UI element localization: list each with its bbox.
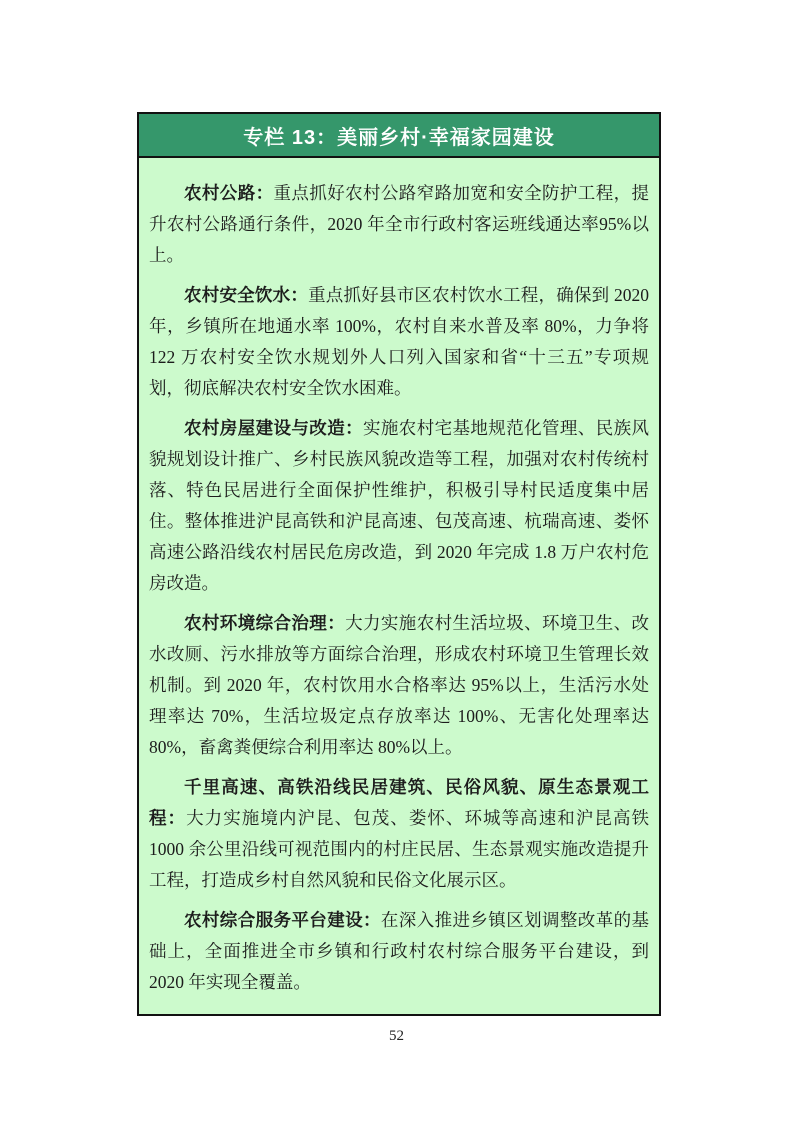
paragraph-environment-management: 农村环境综合治理：大力实施农村生活垃圾、环境卫生、改水改厕、污水排放等方面综合治… — [149, 608, 649, 763]
column-box-13: 专栏 13：美丽乡村·幸福家园建设 农村公路：重点抓好农村公路窄路加宽和安全防护… — [137, 112, 661, 1016]
paragraph-lead: 农村房屋建设与改造： — [184, 418, 363, 438]
paragraph-lead: 农村环境综合治理： — [184, 613, 345, 633]
paragraph-lead: 农村安全饮水： — [184, 285, 308, 305]
paragraph-rural-roads: 农村公路：重点抓好农村公路窄路加宽和安全防护工程，提升农村公路通行条件，2020… — [149, 178, 649, 271]
paragraph-lead: 农村公路： — [184, 183, 274, 203]
document-page: 专栏 13：美丽乡村·幸福家园建设 农村公路：重点抓好农村公路窄路加宽和安全防护… — [0, 0, 793, 1122]
paragraph-service-platform: 农村综合服务平台建设：在深入推进乡镇区划调整改革的基础上，全面推进全市乡镇和行政… — [149, 905, 649, 998]
paragraph-text: 大力实施境内沪昆、包茂、娄怀、环城等高速和沪昆高铁 1000 余公里沿线可视范围… — [149, 808, 649, 890]
paragraph-text: 大力实施农村生活垃圾、环境卫生、改水改厕、污水排放等方面综合治理，形成农村环境卫… — [149, 613, 649, 757]
paragraph-highway-landscape: 千里高速、高铁沿线民居建筑、民俗风貌、原生态景观工程：大力实施境内沪昆、包茂、娄… — [149, 772, 649, 896]
paragraph-housing-renovation: 农村房屋建设与改造：实施农村宅基地规范化管理、民族风貌规划设计推广、乡村民族风貌… — [149, 413, 649, 599]
paragraph-lead: 农村综合服务平台建设： — [184, 910, 381, 930]
column-box-header: 专栏 13：美丽乡村·幸福家园建设 — [137, 112, 661, 158]
page-number: 52 — [0, 1028, 793, 1045]
column-box-title: 专栏 13：美丽乡村·幸福家园建设 — [243, 121, 554, 150]
paragraph-drinking-water: 农村安全饮水：重点抓好县市区农村饮水工程，确保到 2020 年，乡镇所在地通水率… — [149, 280, 649, 404]
paragraph-text: 实施农村宅基地规范化管理、民族风貌规划设计推广、乡村民族风貌改造等工程，加强对农… — [149, 418, 649, 593]
column-box-body: 农村公路：重点抓好农村公路窄路加宽和安全防护工程，提升农村公路通行条件，2020… — [137, 158, 661, 1016]
